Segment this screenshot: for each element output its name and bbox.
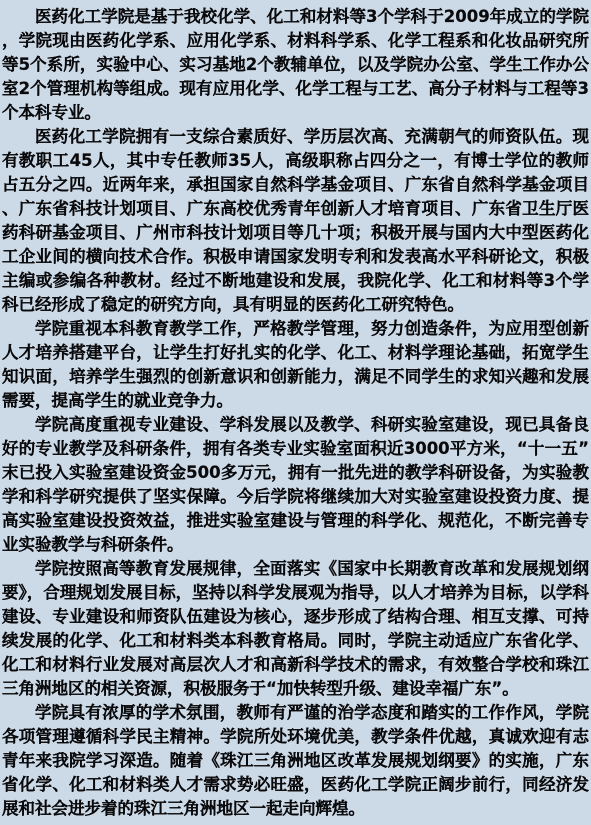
paragraph-faculty-research: 医药化工学院拥有一支综合素质好、学历层次高、充满朝气的师资队伍。现有教职工45人… <box>2 125 589 317</box>
paragraph-college-overview: 医药化工学院是基于我校化学、化工和材料等3个学科于2009年成立的学院，学院现由… <box>2 5 589 125</box>
paragraph-teaching: 学院重视本科教育教学工作，严格教学管理，努力创造条件，为应用型创新人才培养搭建平… <box>2 317 589 413</box>
page-background: { "colors": { "background": "#ccd9e6", "… <box>0 0 591 825</box>
paragraph-development-plan: 学院按照高等教育发展规律，全面落实《国家中长期教育改革和发展规划纲要》，合理规划… <box>2 557 589 701</box>
article-body: 医药化工学院是基于我校化学、化工和材料等3个学科于2009年成立的学院，学院现由… <box>0 0 591 821</box>
paragraph-labs-facilities: 学院高度重视专业建设、学科发展以及教学、科研实验室建设，现已具备良好的专业教学及… <box>2 413 589 557</box>
paragraph-closing-welcome: 学院具有浓厚的学术氛围，教师有严谨的治学态度和踏实的工作作风，学院各项管理遵循科… <box>2 701 589 821</box>
